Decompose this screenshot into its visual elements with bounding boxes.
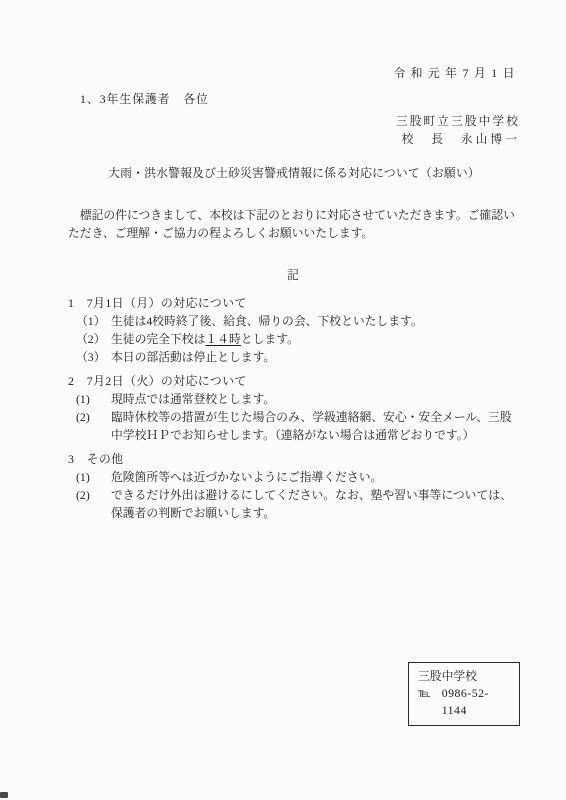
list-item: (2) 臨時休校等の措置が生じた場合のみ、学級連絡網、安心・安全メール、三股中学… (68, 408, 520, 444)
contact-tel-row: ℡ 0986-52-1144 (418, 685, 510, 719)
record-marker: 記 (68, 266, 520, 284)
item-label: （2） (68, 330, 111, 348)
letter-content: 令和元年7月1日 1、3年生保護者 各位 三股町立三股中学校 校 長 永山博一 … (68, 64, 520, 726)
section-heading: 1 7月1日（月）の対応について (68, 294, 520, 312)
item-label: (2) (68, 486, 111, 504)
contact-school-name: 三股中学校 (418, 668, 510, 685)
item-label: （1） (68, 312, 111, 330)
scanned-letter-page: 令和元年7月1日 1、3年生保護者 各位 三股町立三股中学校 校 長 永山博一 … (0, 0, 566, 800)
letter-title: 大雨・洪水警報及び土砂災害警戒情報に係る対応について（お願い） (68, 164, 520, 182)
item-label: （3） (68, 348, 111, 366)
item-label: (2) (68, 408, 111, 426)
item-text-post: とします。 (241, 332, 299, 346)
list-item: （3） 本日の部活動は停止とします。 (68, 348, 520, 366)
contact-box: 三股中学校 ℡ 0986-52-1144 (408, 662, 520, 726)
item-text-pre: 生徒の完全下校は (111, 332, 205, 346)
tel-icon: ℡ (418, 685, 431, 719)
list-item: （1） 生徒は4校時終了後、給食、帰りの会、下校といたします。 (68, 312, 520, 330)
item-text: できるだけ外出は避けるにしてください。なお、塾や習い事等については、保護者の判断… (111, 486, 520, 522)
contact-tel-number: 0986-52-1144 (442, 685, 510, 719)
list-item: (1) 危険箇所等へは近づかないようにご指導ください。 (68, 468, 520, 486)
section-july2: 2 7月2日（火）の対応について (1) 現時点では通常登校とします。 (2) … (68, 372, 520, 444)
item-text: 危険箇所等へは近づかないようにご指導ください。 (111, 468, 520, 486)
item-label: (1) (68, 468, 111, 486)
item-text: 臨時休校等の措置が生じた場合のみ、学級連絡網、安心・安全メール、三股中学校ＨＰで… (111, 408, 520, 444)
sender-principal: 校 長 永山博一 (68, 130, 520, 148)
list-item: （2） 生徒の完全下校は１４時とします。 (68, 330, 520, 348)
list-item: (1) 現時点では通常登校とします。 (68, 390, 520, 408)
sender-school: 三股町立三股中学校 (68, 112, 520, 130)
section-other: 3 その他 (1) 危険箇所等へは近づかないようにご指導ください。 (2) でき… (68, 450, 520, 522)
letter-date: 令和元年7月1日 (68, 64, 520, 82)
item-label: (1) (68, 390, 111, 408)
item-text: 現時点では通常登校とします。 (111, 390, 520, 408)
list-item: (2) できるだけ外出は避けるにしてください。なお、塾や習い事等については、保護… (68, 486, 520, 522)
section-july1: 1 7月1日（月）の対応について （1） 生徒は4校時終了後、給食、帰りの会、下… (68, 294, 520, 366)
recipient-line: 1、3年生保護者 各位 (80, 90, 520, 108)
item-text: 生徒の完全下校は１４時とします。 (111, 330, 520, 348)
section-heading: 3 その他 (68, 450, 520, 468)
underlined-time: １４時 (205, 332, 240, 346)
scan-artifact (0, 792, 8, 798)
section-heading: 2 7月2日（火）の対応について (68, 372, 520, 390)
item-text: 本日の部活動は停止とします。 (111, 348, 520, 366)
body-paragraph: 標記の件につきまして、本校は下記のとおりに対応させていただきます。ご確認いただき… (68, 206, 520, 242)
item-text: 生徒は4校時終了後、給食、帰りの会、下校といたします。 (111, 312, 520, 330)
